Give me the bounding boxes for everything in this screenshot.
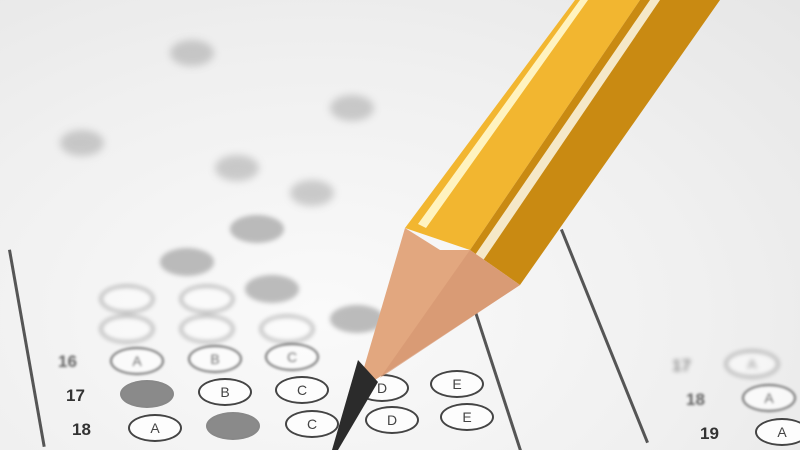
pencil (0, 0, 800, 450)
photo-scene: 16 A B C 17 A B C D E 18 A B C D E 17 A … (0, 0, 800, 450)
